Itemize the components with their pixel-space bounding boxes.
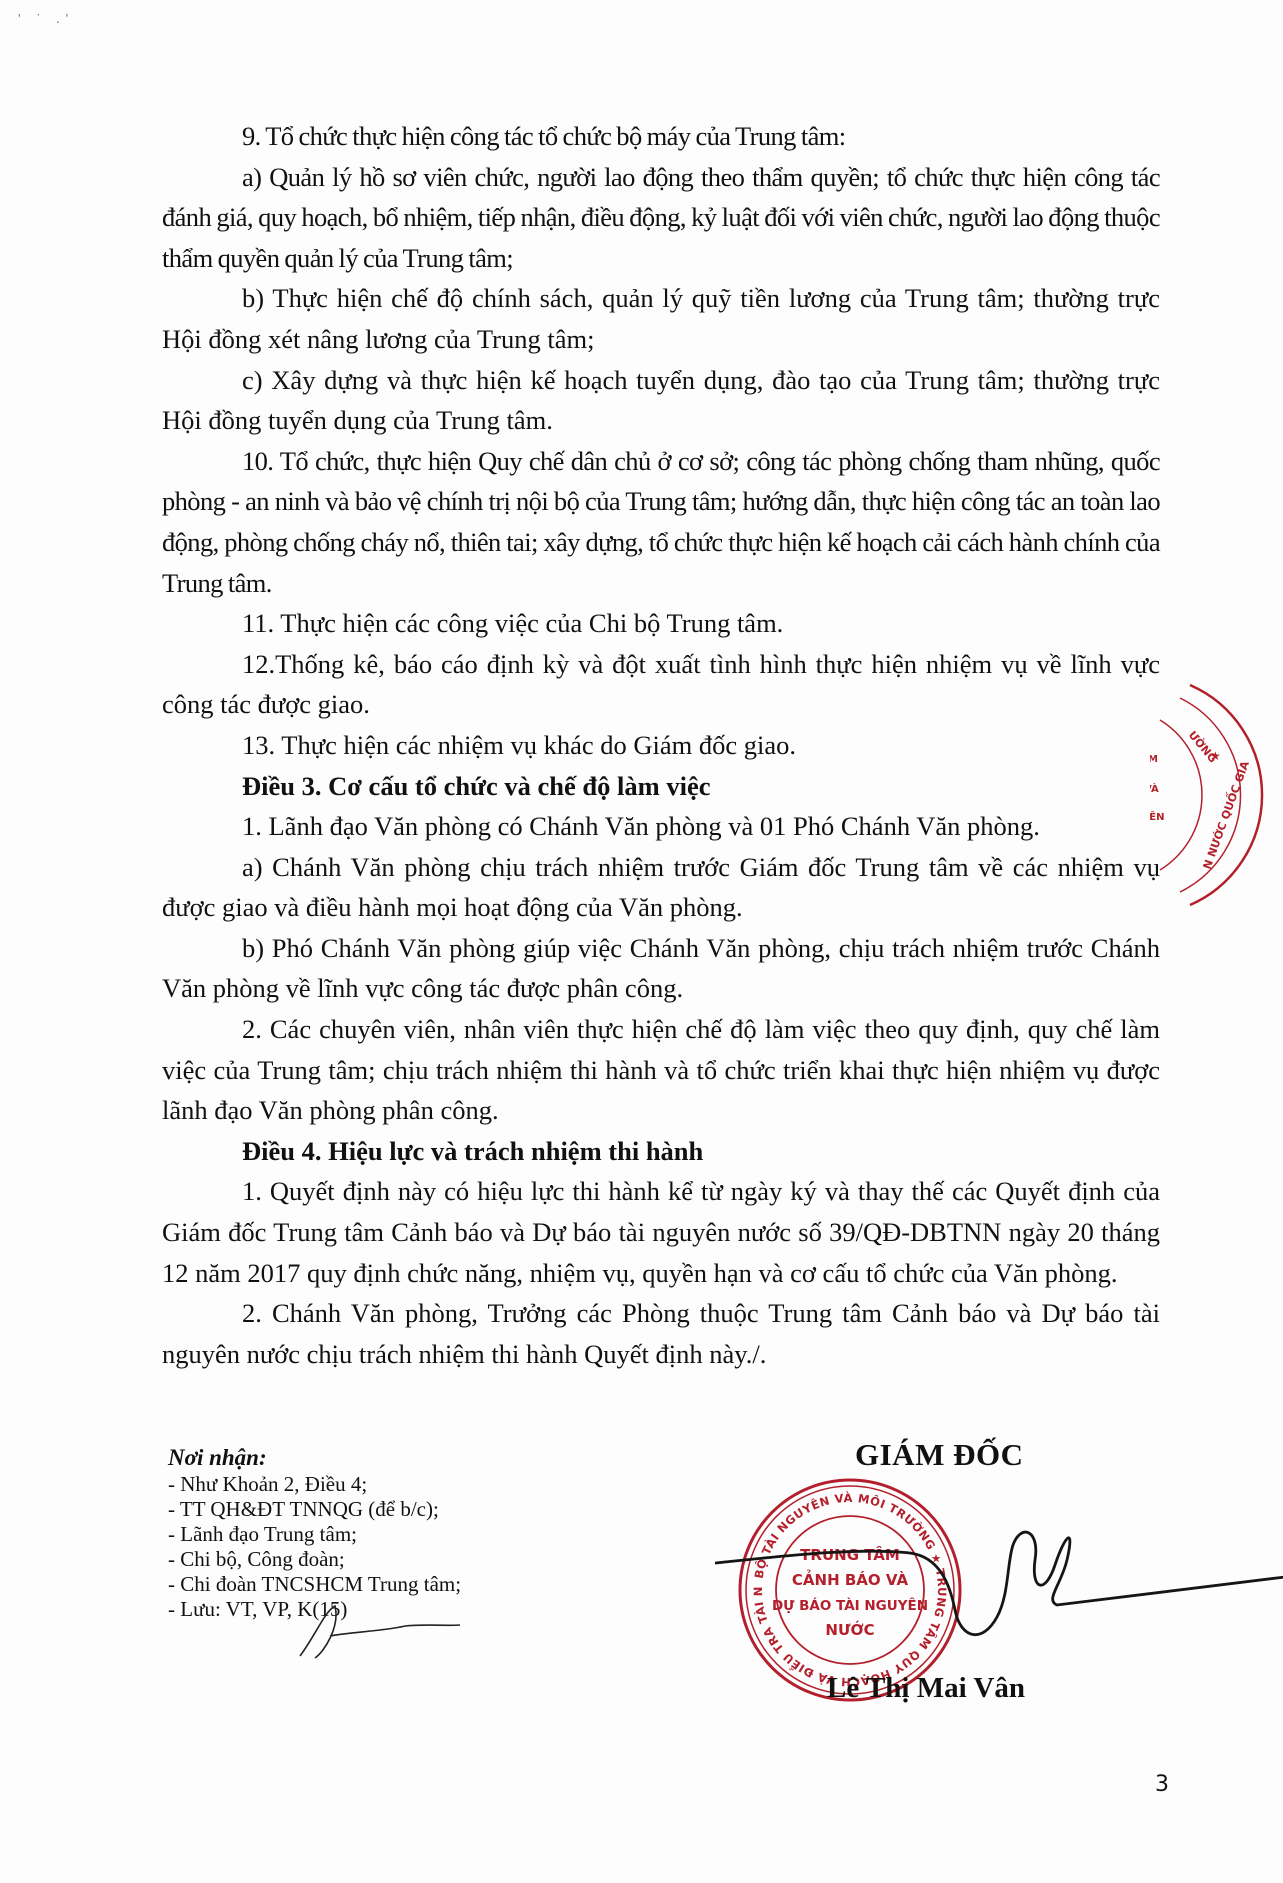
paragraph: 12.Thống kê, báo cáo định kỳ và đột xuất… <box>162 644 1160 725</box>
signer-title: GIÁM ĐỐC <box>855 1437 1055 1473</box>
page-number: 3 <box>1155 1772 1169 1797</box>
article-heading: Điều 4. Hiệu lực và trách nhiệm thi hành <box>162 1131 1160 1172</box>
recipient-item: - Như Khoản 2, Điều 4; <box>168 1472 568 1497</box>
svg-text:N NƯỚC QUỐC GIA: N NƯỚC QUỐC GIA <box>1199 758 1252 871</box>
recipient-item: - Lãnh đạo Trung tâm; <box>168 1522 568 1547</box>
paragraph: 1. Quyết định này có hiệu lực thi hành k… <box>162 1171 1160 1293</box>
svg-text:VÀ: VÀ <box>1150 782 1159 795</box>
recipient-item: - Chi bộ, Công đoàn; <box>168 1547 568 1572</box>
paragraph: 9. Tổ chức thực hiện công tác tổ chức bộ… <box>162 116 1160 157</box>
paragraph: a) Chánh Văn phòng chịu trách nhiệm trướ… <box>162 847 1160 928</box>
handwritten-signature-icon <box>715 1505 1283 1655</box>
paragraph: 1. Lãnh đạo Văn phòng có Chánh Văn phòng… <box>162 806 1160 847</box>
paragraph: b) Phó Chánh Văn phòng giúp việc Chánh V… <box>162 928 1160 1009</box>
paragraph: b) Thực hiện chế độ chính sách, quản lý … <box>162 278 1160 359</box>
partial-stamp-icon: ƯỜNG ★ N NƯỚC QUỐC GIA M VÀ YÊN <box>1150 680 1283 910</box>
paragraph: 11. Thực hiện các công việc của Chi bộ T… <box>162 603 1160 644</box>
paragraph: 2. Chánh Văn phòng, Trưởng các Phòng thu… <box>162 1293 1160 1374</box>
scan-specks: ' ˙ .' <box>18 12 74 28</box>
paragraph: a) Quản lý hồ sơ viên chức, người lao độ… <box>162 157 1160 279</box>
recipient-item: - Chi đoàn TNCSHCM Trung tâm; <box>168 1572 568 1597</box>
recipients-title: Nơi nhận: <box>168 1444 568 1472</box>
initials-signature-icon <box>295 1596 465 1666</box>
paragraph: 13. Thực hiện các nhiệm vụ khác do Giám … <box>162 725 1160 766</box>
svg-text:★: ★ <box>1210 749 1221 763</box>
svg-text:YÊN: YÊN <box>1150 810 1164 823</box>
document-page: ' ˙ .' 9. Tổ chức thực hiện công tác tổ … <box>0 0 1283 1883</box>
recipient-item: - TT QH&ĐT TNNQG (để b/c); <box>168 1497 568 1522</box>
article-heading: Điều 3. Cơ cấu tổ chức và chế độ làm việ… <box>162 766 1160 807</box>
svg-text:M: M <box>1150 754 1158 765</box>
document-body: 9. Tổ chức thực hiện công tác tổ chức bộ… <box>162 116 1160 1374</box>
signer-name: Lê Thị Mai Vân <box>827 1672 1087 1705</box>
paragraph: 2. Các chuyên viên, nhân viên thực hiện … <box>162 1009 1160 1131</box>
paragraph: 10. Tổ chức, thực hiện Quy chế dân chủ ở… <box>162 441 1160 603</box>
paragraph: c) Xây dựng và thực hiện kế hoạch tuyển … <box>162 360 1160 441</box>
